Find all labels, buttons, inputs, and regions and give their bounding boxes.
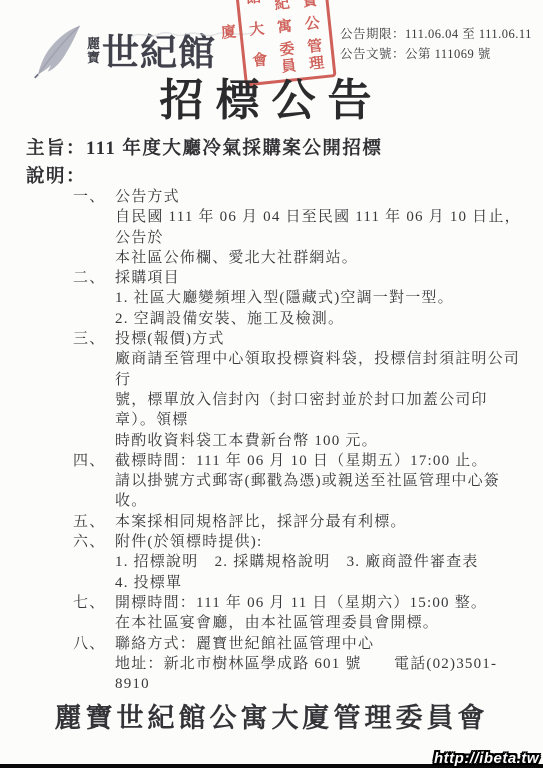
- clause-number: 二、: [73, 268, 115, 329]
- clause-line: 4. 投標單: [115, 573, 525, 593]
- clause-item-5: 五、 本案採相同規格評比，採評分最有利標。: [73, 512, 525, 532]
- clause-list: 一、 公告方式 自民國 111 年 06 月 04 日至民國 111 年 06 …: [73, 187, 525, 694]
- clause-item-8: 八、 聯絡方式：麗寶世紀館社區管理中心 地址：新北市樹林區學成路 601 號 電…: [73, 634, 525, 695]
- announcement-period: 公告期限：111.06.04 至 111.06.11: [340, 24, 532, 44]
- clause-number: 四、: [73, 451, 115, 512]
- clause-item-3: 三、 投標(報價)方式 廠商請至管理中心領取投標資料袋，投標信封須註明公司行 號…: [73, 329, 525, 451]
- explanation-label: 說明：: [26, 162, 86, 188]
- clause-line: 地址：新北市樹林區學成路 601 號 電話(02)3501-8910: [115, 654, 525, 695]
- clause-content: 開標時間：111 年 06 月 11 日（星期六）15:00 整。 在本社區宴會…: [115, 593, 525, 634]
- clause-content: 本案採相同規格評比，採評分最有利標。: [115, 512, 525, 532]
- site-watermark: http://ibeta.tw: [434, 750, 539, 767]
- clause-content: 投標(報價)方式 廠商請至管理中心領取投標資料袋，投標信封須註明公司行 號，標單…: [115, 329, 525, 451]
- clause-number: 一、: [73, 187, 115, 268]
- clause-line: 2. 空調設備安裝、施工及檢測。: [115, 309, 525, 329]
- clause-content: 採購項目 1. 社區大廳變頻埋入型(隱藏式)空調一對一型。 2. 空調設備安裝、…: [115, 268, 525, 329]
- clause-line: 聯絡方式：麗寶世紀館社區管理中心: [115, 634, 525, 654]
- clause-line: 1. 招標說明 2. 採購規格說明 3. 廠商證件審查表: [115, 552, 525, 572]
- clause-line: 公告方式: [115, 187, 525, 207]
- brand-char-bao: 寶: [87, 51, 100, 65]
- clause-line: 附件(於領標時提供):: [115, 532, 525, 552]
- clause-number: 五、: [73, 512, 115, 532]
- clause-content: 截標時間：111 年 06 月 10 日（星期五）17:00 止。 請以掛號方式…: [115, 451, 525, 512]
- document-page: 麗 寶 世紀館 麗寶世紀館 公寓大廈 管理委員會 公告期限：111.06.04 …: [0, 0, 543, 768]
- clause-item-7: 七、 開標時間：111 年 06 月 11 日（星期六）15:00 整。 在本社…: [73, 593, 525, 634]
- clause-line: 自民國 111 年 06 月 04 日至民國 111 年 06 月 10 日止，…: [115, 207, 525, 248]
- clause-line: 本案採相同規格評比，採評分最有利標。: [115, 512, 525, 532]
- page-title: 招標公告: [0, 64, 543, 128]
- subject-line: 主旨：111 年度大廳冷氣採購案公開招標: [26, 134, 382, 160]
- clause-content: 附件(於領標時提供): 1. 招標說明 2. 採購規格說明 3. 廠商證件審查表…: [115, 532, 525, 593]
- clause-line: 號，標單放入信封內（封口密封並於封口加蓋公司印章）。領標: [115, 390, 525, 431]
- clause-item-4: 四、 截標時間：111 年 06 月 10 日（星期五）17:00 止。 請以掛…: [73, 451, 525, 512]
- clause-item-2: 二、 採購項目 1. 社區大廳變頻埋入型(隱藏式)空調一對一型。 2. 空調設備…: [73, 268, 525, 329]
- clause-item-6: 六、 附件(於領標時提供): 1. 招標說明 2. 採購規格說明 3. 廠商證件…: [73, 532, 525, 593]
- clause-line: 開標時間：111 年 06 月 11 日（星期六）15:00 整。: [115, 593, 525, 613]
- clause-number: 三、: [73, 329, 115, 451]
- clause-line: 時酌收資料袋工本費新台幣 100 元。: [115, 431, 525, 451]
- clause-line: 在本社區宴會廳，由本社區管理委員會開標。: [115, 613, 525, 633]
- brand-small-stack: 麗 寶: [87, 37, 100, 65]
- brand-char-li: 麗: [87, 37, 100, 51]
- clause-line: 本社區公佈欄、愛北大社群網站。: [115, 248, 525, 268]
- clause-number: 七、: [73, 593, 115, 634]
- clause-content: 聯絡方式：麗寶世紀館社區管理中心 地址：新北市樹林區學成路 601 號 電話(0…: [115, 634, 525, 695]
- announcement-doc-number: 公告文號：公第 111069 號: [340, 44, 532, 64]
- clause-line: 1. 社區大廳變頻埋入型(隱藏式)空調一對一型。: [115, 288, 525, 308]
- clause-number: 八、: [73, 634, 115, 695]
- clause-number: 六、: [73, 532, 115, 593]
- clause-line: 投標(報價)方式: [115, 329, 525, 349]
- clause-line: 廠商請至管理中心領取投標資料袋，投標信封須註明公司行: [115, 349, 525, 390]
- announcement-meta: 公告期限：111.06.04 至 111.06.11 公告文號：公第 11106…: [340, 24, 532, 64]
- clause-line: 採購項目: [115, 268, 525, 288]
- committee-signature: 麗寶世紀館公寓大廈管理委員會: [0, 696, 543, 735]
- clause-content: 公告方式 自民國 111 年 06 月 04 日至民國 111 年 06 月 1…: [115, 187, 525, 268]
- clause-line: 請以掛號方式郵寄(郵戳為憑)或親送至社區管理中心簽收。: [115, 471, 525, 512]
- clause-item-1: 一、 公告方式 自民國 111 年 06 月 04 日至民國 111 年 06 …: [73, 187, 525, 268]
- clause-line: 截標時間：111 年 06 月 10 日（星期五）17:00 止。: [115, 451, 525, 471]
